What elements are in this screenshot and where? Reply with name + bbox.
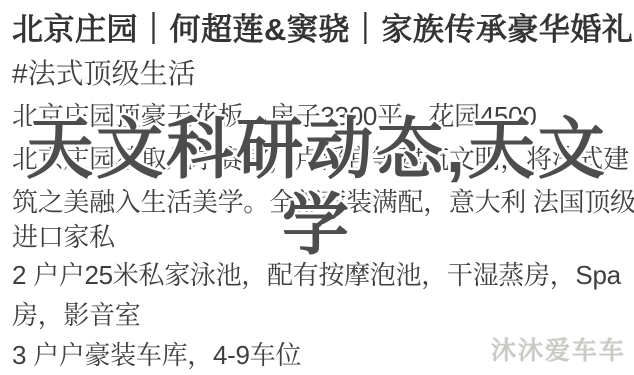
body-line-6: 房，影音室 — [12, 295, 141, 335]
body-line-3: 筑之美融入生活美学。全部奢装满配，意大利 法国顶级 — [12, 182, 634, 222]
body-line-5: 2 户户25米私家泳池，配有按摩泡池，干湿蒸房，Spa — [12, 255, 621, 295]
body-line-4: 进口家私 — [12, 217, 115, 257]
body-line-2: 北京庄园萃取凡尔赛宫，卢浮宫等建筑文明，将法式建 — [12, 139, 629, 179]
body-line-7: 3 户户豪装车库，4-9车位 — [12, 335, 301, 375]
body-line-1: 北京庄园顶豪天花板，房子3300平，花园4500 — [12, 96, 536, 136]
corner-watermark: 沐沐爱车车 — [491, 336, 626, 366]
article-screenshot: 北京庄园｜何超莲&窦骁｜家族传承豪华婚礼 #法式顶级生活 北京庄园顶豪天花板，房… — [0, 0, 634, 375]
hashtag-line: #法式顶级生活 — [12, 54, 196, 94]
article-title: 北京庄园｜何超莲&窦骁｜家族传承豪华婚礼 — [12, 8, 633, 52]
